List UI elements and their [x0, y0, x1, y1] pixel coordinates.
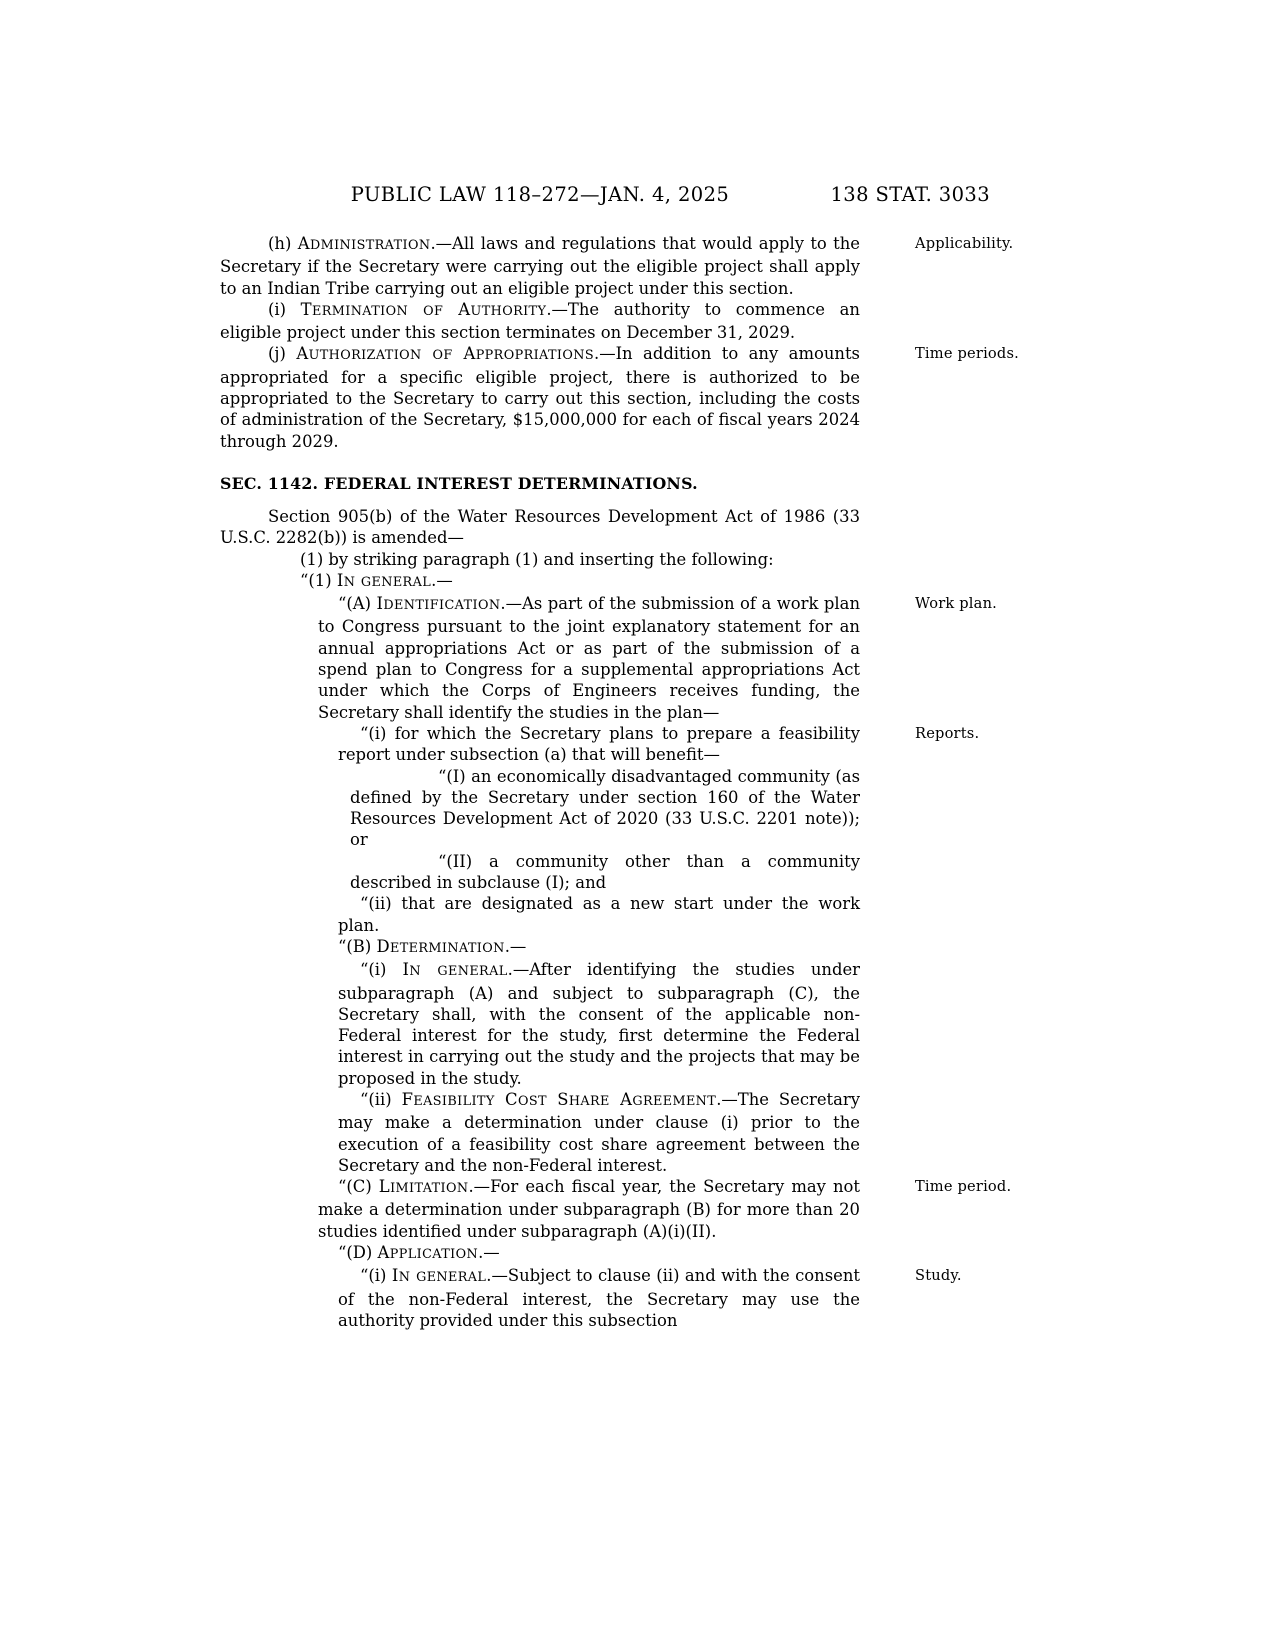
section-heading: SEC. 1142. FEDERAL INTEREST DETERMINATIO… [220, 474, 860, 493]
small-caps-term: IN GENERAL [392, 1266, 486, 1285]
statute-paragraph: “(ii) that are designated as a new start… [338, 893, 860, 936]
statute-paragraph: “(II) a community other than a community… [350, 851, 860, 894]
small-caps-term: IN GENERAL [402, 960, 507, 979]
statute-paragraph: “(B) DETERMINATION.— [318, 936, 860, 959]
small-caps-term: ADMINISTRATION [298, 234, 431, 253]
statute-paragraph: (h) ADMINISTRATION.—All laws and regulat… [220, 233, 860, 299]
small-caps-term: IN GENERAL [337, 571, 431, 590]
statute-paragraph: “(i) for which the Secretary plans to pr… [338, 723, 860, 766]
statute-paragraph: “(i) IN GENERAL.—After identifying the s… [338, 959, 860, 1089]
small-caps-term: AUTHORIZATION OF APPROPRIATIONS [296, 344, 594, 363]
margin-note: Reports. [915, 725, 979, 742]
small-caps-term: IDENTIFICATION [377, 594, 501, 613]
public-law-header: PUBLIC LAW 118–272—JAN. 4, 2025 [220, 183, 860, 206]
small-caps-term: FEASIBILITY COST SHARE AGREEMENT [402, 1090, 717, 1109]
margin-note: Time periods. [915, 345, 1019, 362]
running-header: PUBLIC LAW 118–272—JAN. 4, 2025 138 STAT… [0, 183, 1275, 209]
stat-page-number: 138 STAT. 3033 [830, 183, 990, 206]
statute-paragraph: (i) TERMINATION OF AUTHORITY.—The author… [220, 299, 860, 344]
statute-paragraph: “(ii) FEASIBILITY COST SHARE AGREEMENT.—… [338, 1089, 860, 1176]
statute-paragraph: (j) AUTHORIZATION OF APPROPRIATIONS.—In … [220, 343, 860, 451]
small-caps-term: LIMITATION [379, 1177, 469, 1196]
statute-paragraph: “(C) LIMITATION.—For each fiscal year, t… [318, 1176, 860, 1242]
statute-paragraph: “(A) IDENTIFICATION.—As part of the subm… [318, 593, 860, 723]
statute-paragraph: “(1) IN GENERAL.— [280, 570, 860, 593]
statute-page: PUBLIC LAW 118–272—JAN. 4, 2025 138 STAT… [0, 0, 1275, 1650]
statute-paragraph: Section 905(b) of the Water Resources De… [220, 506, 860, 549]
margin-note: Work plan. [915, 595, 997, 612]
statute-paragraph: “(D) APPLICATION.— [318, 1242, 860, 1265]
statute-paragraph: (1) by striking paragraph (1) and insert… [280, 549, 860, 570]
statute-paragraph: “(I) an economically disadvantaged commu… [350, 766, 860, 851]
small-caps-term: TERMINATION OF AUTHORITY [301, 300, 547, 319]
small-caps-term: DETERMINATION [376, 937, 504, 956]
statute-paragraph: “(i) IN GENERAL.—Subject to clause (ii) … [338, 1265, 860, 1331]
margin-note: Study. [915, 1267, 962, 1284]
margin-note: Time period. [915, 1178, 1011, 1195]
margin-note: Applicability. [915, 235, 1013, 252]
statute-body: (h) ADMINISTRATION.—All laws and regulat… [220, 233, 860, 1331]
small-caps-term: APPLICATION [378, 1243, 479, 1262]
